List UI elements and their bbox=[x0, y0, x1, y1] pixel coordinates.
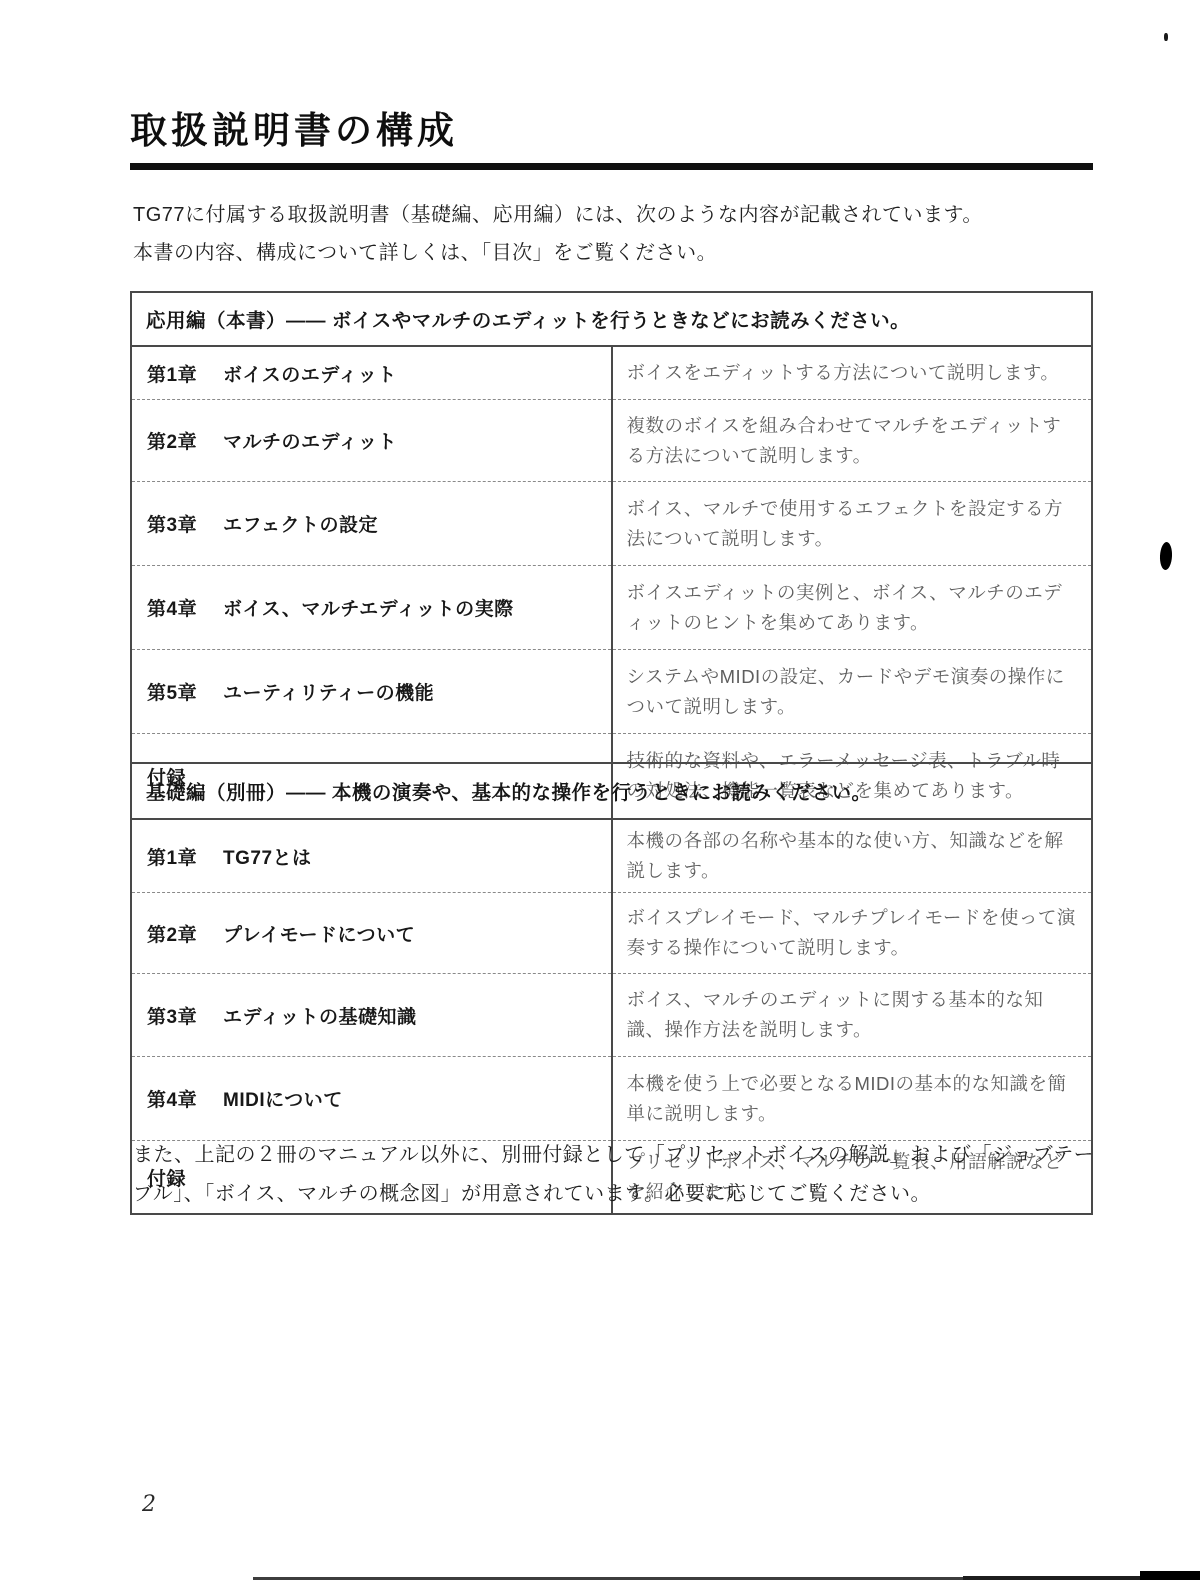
description-cell: ボイスエディットの実例と、ボイス、マルチのエディットのヒントを集めてあります。 bbox=[612, 566, 1093, 650]
chapter-number: 第1章 bbox=[147, 360, 205, 387]
ink-smudge-mark bbox=[1159, 542, 1172, 571]
chapter-title: TG77とは bbox=[223, 843, 603, 870]
table-header-label: 応用編（本書）—— ボイスやマルチのエディットを行うときなどにお読みください。 bbox=[131, 292, 1092, 346]
table-row: 第3章エディットの基礎知識 ボイス、マルチのエディットに関する基本的な知識、操作… bbox=[131, 974, 1092, 1057]
table-row: 第5章ユーティリティーの機能 システムやMIDIの設定、カードやデモ演奏の操作に… bbox=[131, 650, 1092, 734]
intro-paragraph: TG77に付属する取扱説明書（基礎編、応用編）には、次のような内容が記載されてい… bbox=[133, 196, 983, 272]
chapter-cell: 第1章ボイスのエディット bbox=[131, 346, 612, 400]
chapter-number: 第4章 bbox=[147, 594, 205, 621]
description-cell: ボイスプレイモード、マルチプレイモードを使って演奏する操作について説明します。 bbox=[612, 893, 1093, 974]
chapter-cell: 第3章エフェクトの設定 bbox=[131, 482, 612, 566]
paper-speck bbox=[1164, 33, 1168, 41]
chapter-title: プレイモードについて bbox=[223, 920, 603, 947]
chapter-title: ボイス、マルチエディットの実際 bbox=[223, 594, 603, 621]
chapter-cell: 第2章プレイモードについて bbox=[131, 893, 612, 974]
chapter-cell: 第5章ユーティリティーの機能 bbox=[131, 650, 612, 734]
bottom-bar-segment bbox=[1140, 1571, 1200, 1580]
chapter-number: 第3章 bbox=[147, 1002, 205, 1029]
applied-edition-table: 応用編（本書）—— ボイスやマルチのエディットを行うときなどにお読みください。 … bbox=[130, 291, 1093, 820]
chapter-title: ボイスのエディット bbox=[223, 360, 603, 387]
table-row: 第3章エフェクトの設定 ボイス、マルチで使用するエフェクトを設定する方法について… bbox=[131, 482, 1092, 566]
chapter-cell: 第4章ボイス、マルチエディットの実際 bbox=[131, 566, 612, 650]
table-header-label: 基礎編（別冊）—— 本機の演奏や、基本的な操作を行うときにお読みください。 bbox=[131, 763, 1092, 819]
chapter-title: マルチのエディット bbox=[223, 427, 603, 454]
page-number: 2 bbox=[142, 1492, 156, 1517]
description-cell: 複数のボイスを組み合わせてマルチをエディットする方法について説明します。 bbox=[612, 400, 1093, 482]
chapter-title: ユーティリティーの機能 bbox=[223, 678, 603, 705]
table-row: 第2章プレイモードについて ボイスプレイモード、マルチプレイモードを使って演奏す… bbox=[131, 893, 1092, 974]
chapter-number: 第3章 bbox=[147, 510, 205, 537]
chapter-cell: 第4章MIDIについて bbox=[131, 1057, 612, 1141]
table-header-row: 基礎編（別冊）—— 本機の演奏や、基本的な操作を行うときにお読みください。 bbox=[131, 763, 1092, 819]
description-cell: 本機を使う上で必要となるMIDIの基本的な知識を簡単に説明します。 bbox=[612, 1057, 1093, 1141]
table-row: 第4章MIDIについて 本機を使う上で必要となるMIDIの基本的な知識を簡単に説… bbox=[131, 1057, 1092, 1141]
chapter-cell: 第2章マルチのエディット bbox=[131, 400, 612, 482]
chapter-title: エフェクトの設定 bbox=[223, 510, 603, 537]
intro-line-1: TG77に付属する取扱説明書（基礎編、応用編）には、次のような内容が記載されてい… bbox=[133, 204, 983, 226]
chapter-title: MIDIについて bbox=[223, 1085, 603, 1112]
bottom-bar-segment bbox=[963, 1576, 1140, 1580]
chapter-number: 第2章 bbox=[147, 427, 205, 454]
title-rule bbox=[130, 163, 1093, 170]
chapter-cell: 第3章エディットの基礎知識 bbox=[131, 974, 612, 1057]
description-cell: ボイスをエディットする方法について説明します。 bbox=[612, 346, 1093, 400]
chapter-cell: 第1章TG77とは bbox=[131, 819, 612, 893]
bottom-edge-bar bbox=[253, 1571, 1200, 1580]
table-row: 第2章マルチのエディット 複数のボイスを組み合わせてマルチをエディットする方法に… bbox=[131, 400, 1092, 482]
description-cell: システムやMIDIの設定、カードやデモ演奏の操作について説明します。 bbox=[612, 650, 1093, 734]
intro-line-2: 本書の内容、構成について詳しくは、「目次」をご覧ください。 bbox=[133, 242, 717, 264]
chapter-number: 第5章 bbox=[147, 678, 205, 705]
chapter-number: 第1章 bbox=[147, 843, 205, 870]
table-row: 第1章ボイスのエディット ボイスをエディットする方法について説明します。 bbox=[131, 346, 1092, 400]
table-row: 第1章TG77とは 本機の各部の名称や基本的な使い方、知識などを解説します。 bbox=[131, 819, 1092, 893]
page-title: 取扱説明書の構成 bbox=[130, 100, 458, 154]
chapter-number: 第4章 bbox=[147, 1085, 205, 1112]
table-header-row: 応用編（本書）—— ボイスやマルチのエディットを行うときなどにお読みください。 bbox=[131, 292, 1092, 346]
table-row: 第4章ボイス、マルチエディットの実際 ボイスエディットの実例と、ボイス、マルチの… bbox=[131, 566, 1092, 650]
chapter-number: 第2章 bbox=[147, 920, 205, 947]
description-cell: 本機の各部の名称や基本的な使い方、知識などを解説します。 bbox=[612, 819, 1093, 893]
chapter-title: エディットの基礎知識 bbox=[223, 1002, 603, 1029]
description-cell: ボイス、マルチのエディットに関する基本的な知識、操作方法を説明します。 bbox=[612, 974, 1093, 1057]
description-cell: ボイス、マルチで使用するエフェクトを設定する方法について説明します。 bbox=[612, 482, 1093, 566]
footer-note: また、上記の２冊のマニュアル以外に、別冊付録として「プリセットボイスの解説」およ… bbox=[133, 1136, 1105, 1214]
